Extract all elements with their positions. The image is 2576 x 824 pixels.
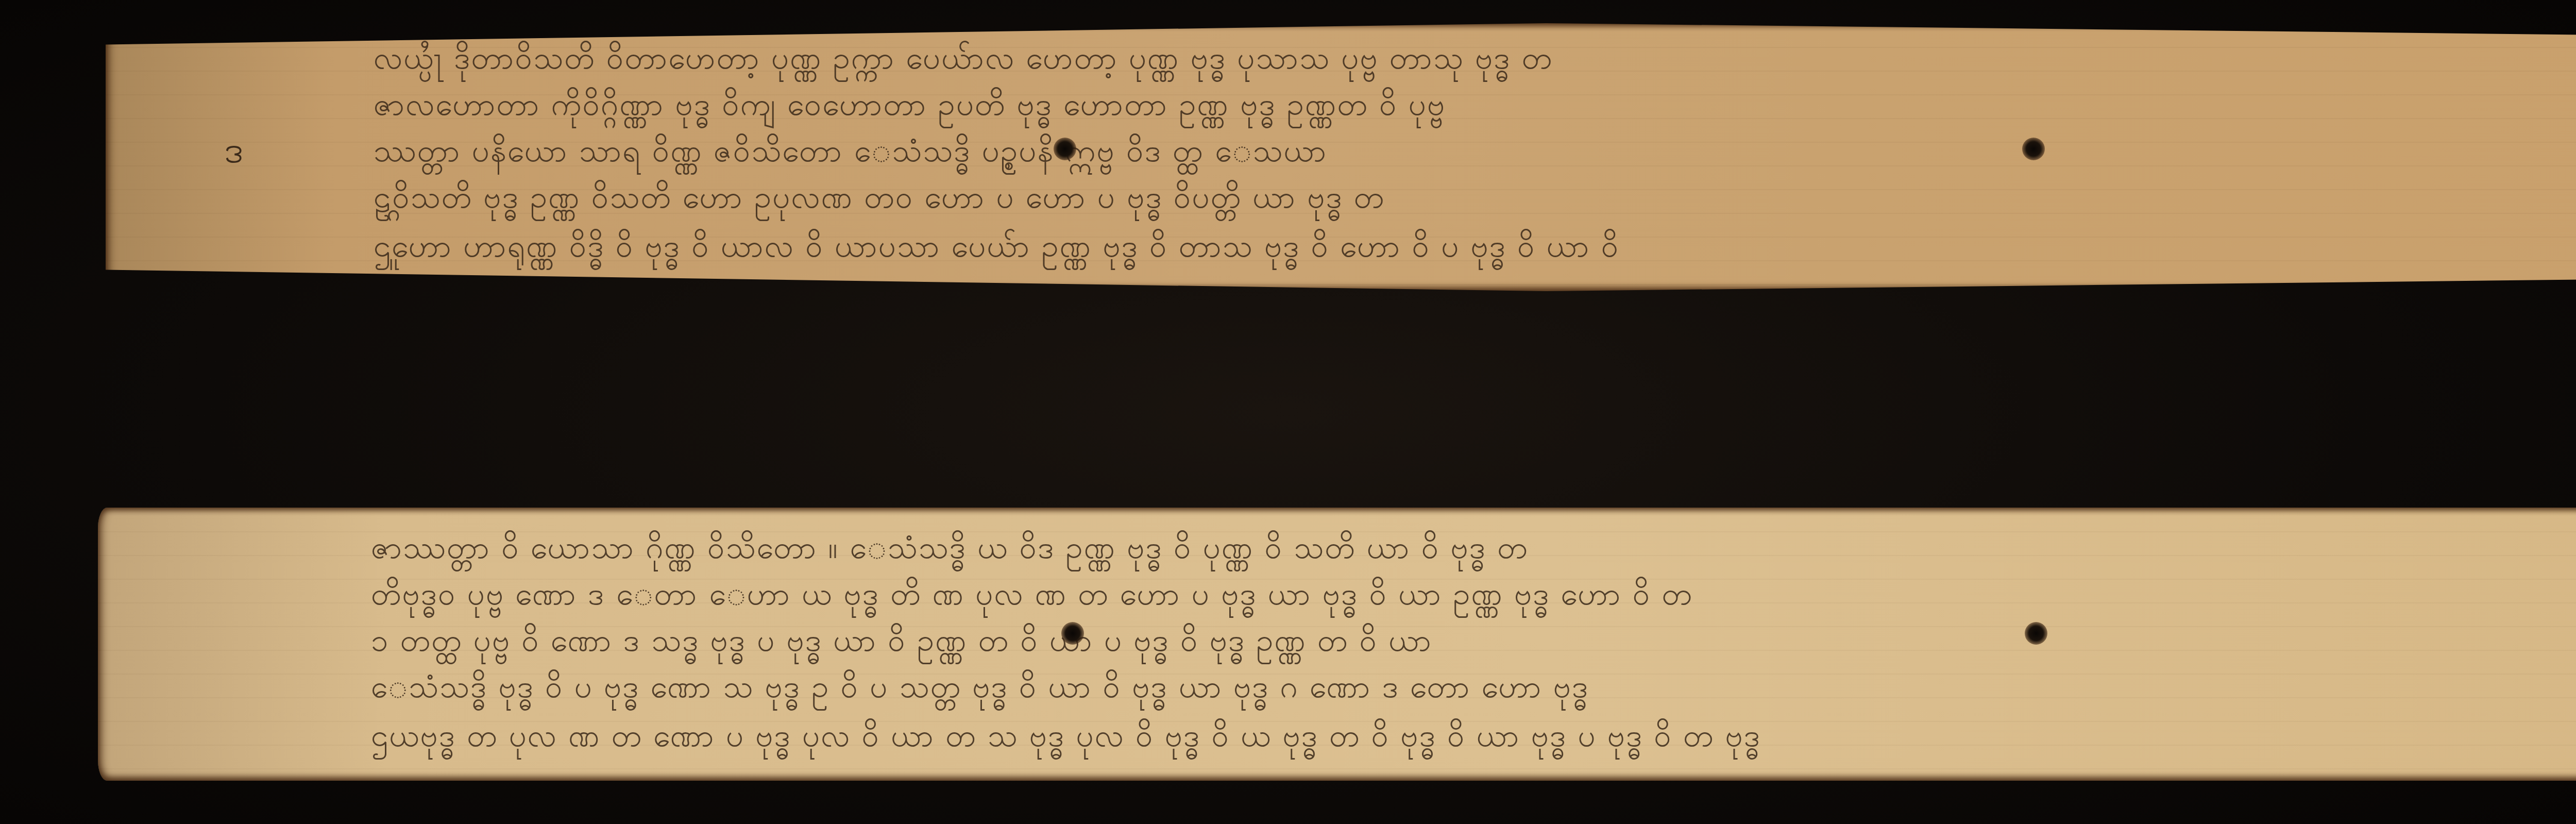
text-line: တိဗုဒ္ဓဝ ပုဗ္ဗ ဏော ဒ ေတာ ေဟာ ယ ဗုဒ္ဓ တိ … (371, 575, 1693, 620)
string-hole-left (1061, 622, 1084, 645)
folio-number: ဒ (224, 126, 244, 181)
text-line: ဿတ္တာ ပနိယော သာရ ဝိဏ္ဏ ဇဝိသိတော ေသံသဒ္ဓိ… (374, 131, 1328, 177)
string-hole-left (1054, 138, 1076, 160)
palm-leaf-top: ဒ လယ္ပႆႃ ဒိုတာဝိသတိ ဝိတာဟေတာ့ ပုဏ္ဏ ဥက္က… (106, 23, 2576, 291)
palm-leaf-bottom: ဇာဿတ္တာ ဝိ ယောသာ ဂိုဏ္ဏ ဝိသိတော ။ ေသံသဒ္… (98, 508, 2576, 781)
text-line: ေသံသဒ္ဓိ ဗုဒ္ဓ ဝိ ပ ဗုဒ္ဓ ဏော သ ဗုဒ္ဓ ဥ … (371, 667, 1589, 713)
text-line: ဇာဿတ္တာ ဝိ ယောသာ ဂိုဏ္ဏ ဝိသိတော ။ ေသံသဒ္… (371, 528, 1529, 574)
string-hole-right (2022, 138, 2045, 160)
text-line: ဌယဗုဒ္ဓ တ ပုလ ဏ တ ဏော ပ ဗုဒ္ဓ ပုလ ဝိ ယာ … (371, 716, 1761, 762)
text-line: လယ္ပႆႃ ဒိုတာဝိသတိ ဝိတာဟေတာ့ ပုဏ္ဏ ဥက္ကာ … (374, 39, 1553, 84)
text-line: ဇာလဟောတာ ကိုဝိဂ္ဂိဏ္ဏာ ဗုဒ္ဓ ဝိကျ ဝေဟောတ… (374, 85, 1446, 130)
string-hole-right (2025, 622, 2047, 645)
text-line: ဌူဟော ဟာရုဏ္ဏ ဝိဒ္ဓိ ဝိ ဗုဒ္ဓ ဝိ ယာလ ဝိ … (374, 227, 1620, 272)
text-line: ၁ တတ္ထ ပုဗ္ဗ ဝိ ဏော ဒ သဒ္ဓ ဗုဒ္ဓ ပ ဗုဒ္ဓ… (371, 621, 1432, 666)
text-line: ဠ္ဂဝိသတိ ဗုဒ္ဓ ဥဏ္ဏ ဝိသတိ ဟော ဥပုလဏ တဝ ဟ… (374, 178, 1385, 223)
black-background (0, 291, 2576, 508)
